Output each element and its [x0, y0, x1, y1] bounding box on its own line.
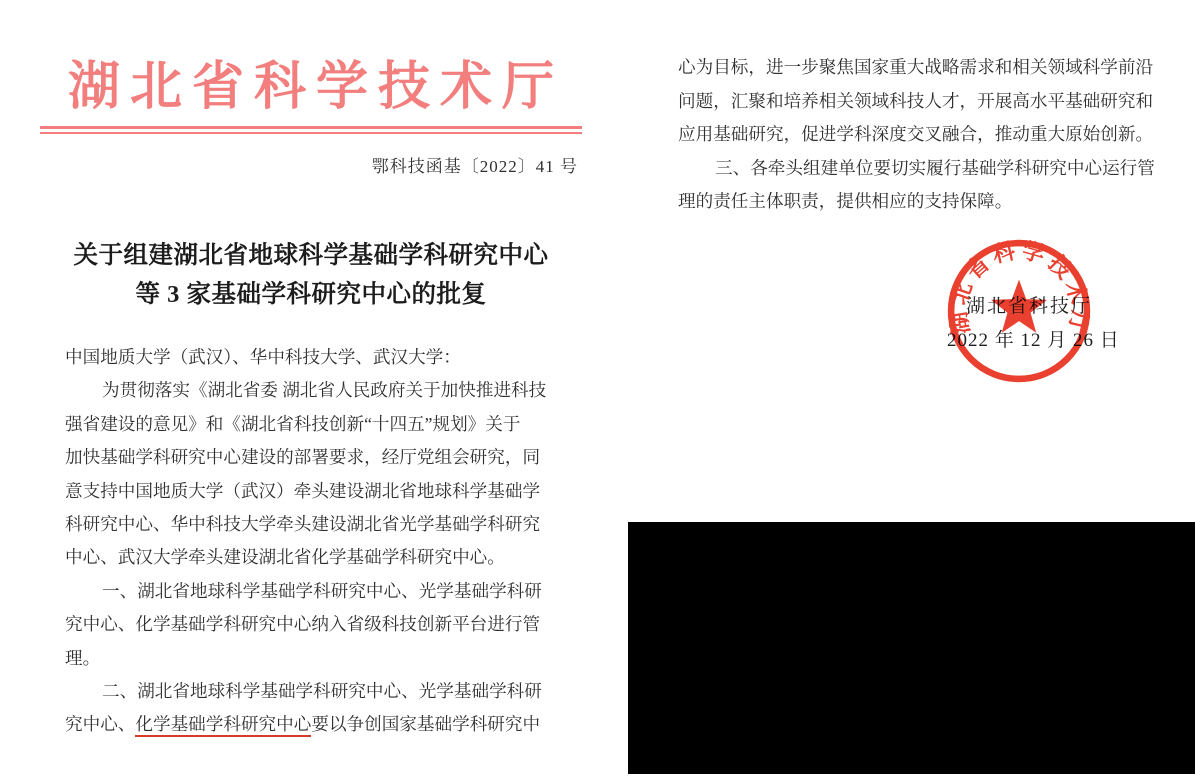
- underline-suffix-text: 要以争创国家基础学科研究中: [311, 714, 540, 734]
- body-line: 为贯彻落实《湖北省委 湖北省人民政府关于加快推进科技: [65, 374, 553, 407]
- right-body-text: 心为目标，进一步聚焦国家重大战略需求和相关领域科学前沿 问题，汇聚和培养相关领域…: [678, 51, 1164, 219]
- body-line-item-1: 一、湖北省地球科学基础学科研究中心、光学基础学科研: [65, 575, 553, 608]
- body-line-with-underline: 究中心、化学基础学科研究中心要以争创国家基础学科研究中: [65, 708, 553, 741]
- red-underlined-text: 化学基础学科研究中心: [135, 714, 311, 737]
- body-line: 应用基础研究，促进学科深度交叉融合，推动重大原始创新。: [678, 118, 1164, 152]
- doc-number: 鄂科技函基〔2022〕41 号: [372, 152, 578, 177]
- document-title-line1: 关于组建湖北省地球科学基础学科研究中心: [40, 236, 582, 275]
- body-line: 科研究中心、华中科技大学牵头建设湖北省光学基础学科研究: [65, 508, 553, 541]
- body-line-item-2: 二、湖北省地球科学基础学科研究中心、光学基础学科研: [65, 675, 553, 708]
- body-line: 理的责任主体职责，提供相应的支持保障。: [678, 185, 1164, 219]
- body-line: 意支持中国地质大学（武汉）牵头建设湖北省地球科学基础学: [65, 475, 553, 508]
- body-line: 理。: [65, 642, 553, 675]
- body-line-item-3: 三、各牵头组建单位要切实履行基础学科研究中心运行管: [678, 152, 1164, 186]
- header-divider-thick: [40, 126, 582, 129]
- header-divider-thin: [40, 132, 582, 134]
- body-line: 强省建设的意见》和《湖北省科技创新“十四五”规划》关于: [65, 408, 553, 441]
- body-line: 心为目标，进一步聚焦国家重大战略需求和相关领域科学前沿: [678, 51, 1164, 85]
- scanned-document: 湖北省科学技术厅 鄂科技函基〔2022〕41 号 关于组建湖北省地球科学基础学科…: [0, 0, 1195, 779]
- body-line: 中心、武汉大学牵头建设湖北省化学基础学科研究中心。: [65, 541, 553, 574]
- left-body-text: 中国地质大学（武汉）、华中科技大学、武汉大学： 为贯彻落实《湖北省委 湖北省人民…: [65, 341, 553, 742]
- official-seal-icon: 湖北省科学技术厅: [944, 236, 1094, 386]
- redaction-block: [628, 522, 1195, 774]
- body-line: 究中心、化学基础学科研究中心纳入省级科技创新平台进行管: [65, 608, 553, 641]
- salutation-line: 中国地质大学（武汉）、华中科技大学、武汉大学：: [65, 341, 553, 374]
- underline-prefix-text: 究中心、: [65, 714, 135, 734]
- page-left: 湖北省科学技术厅 鄂科技函基〔2022〕41 号 关于组建湖北省地球科学基础学科…: [40, 0, 582, 779]
- body-line: 加快基础学科研究中心建设的部署要求，经厅党组会研究，同: [65, 441, 553, 474]
- seal-star-icon: [991, 280, 1047, 333]
- body-line: 问题，汇聚和培养相关领域科技人才，开展高水平基础研究和: [678, 85, 1164, 119]
- document-title: 关于组建湖北省地球科学基础学科研究中心 等 3 家基础学科研究中心的批复: [40, 236, 582, 314]
- agency-header-title: 湖北省科学技术厅: [40, 44, 582, 119]
- document-title-line2: 等 3 家基础学科研究中心的批复: [40, 275, 582, 314]
